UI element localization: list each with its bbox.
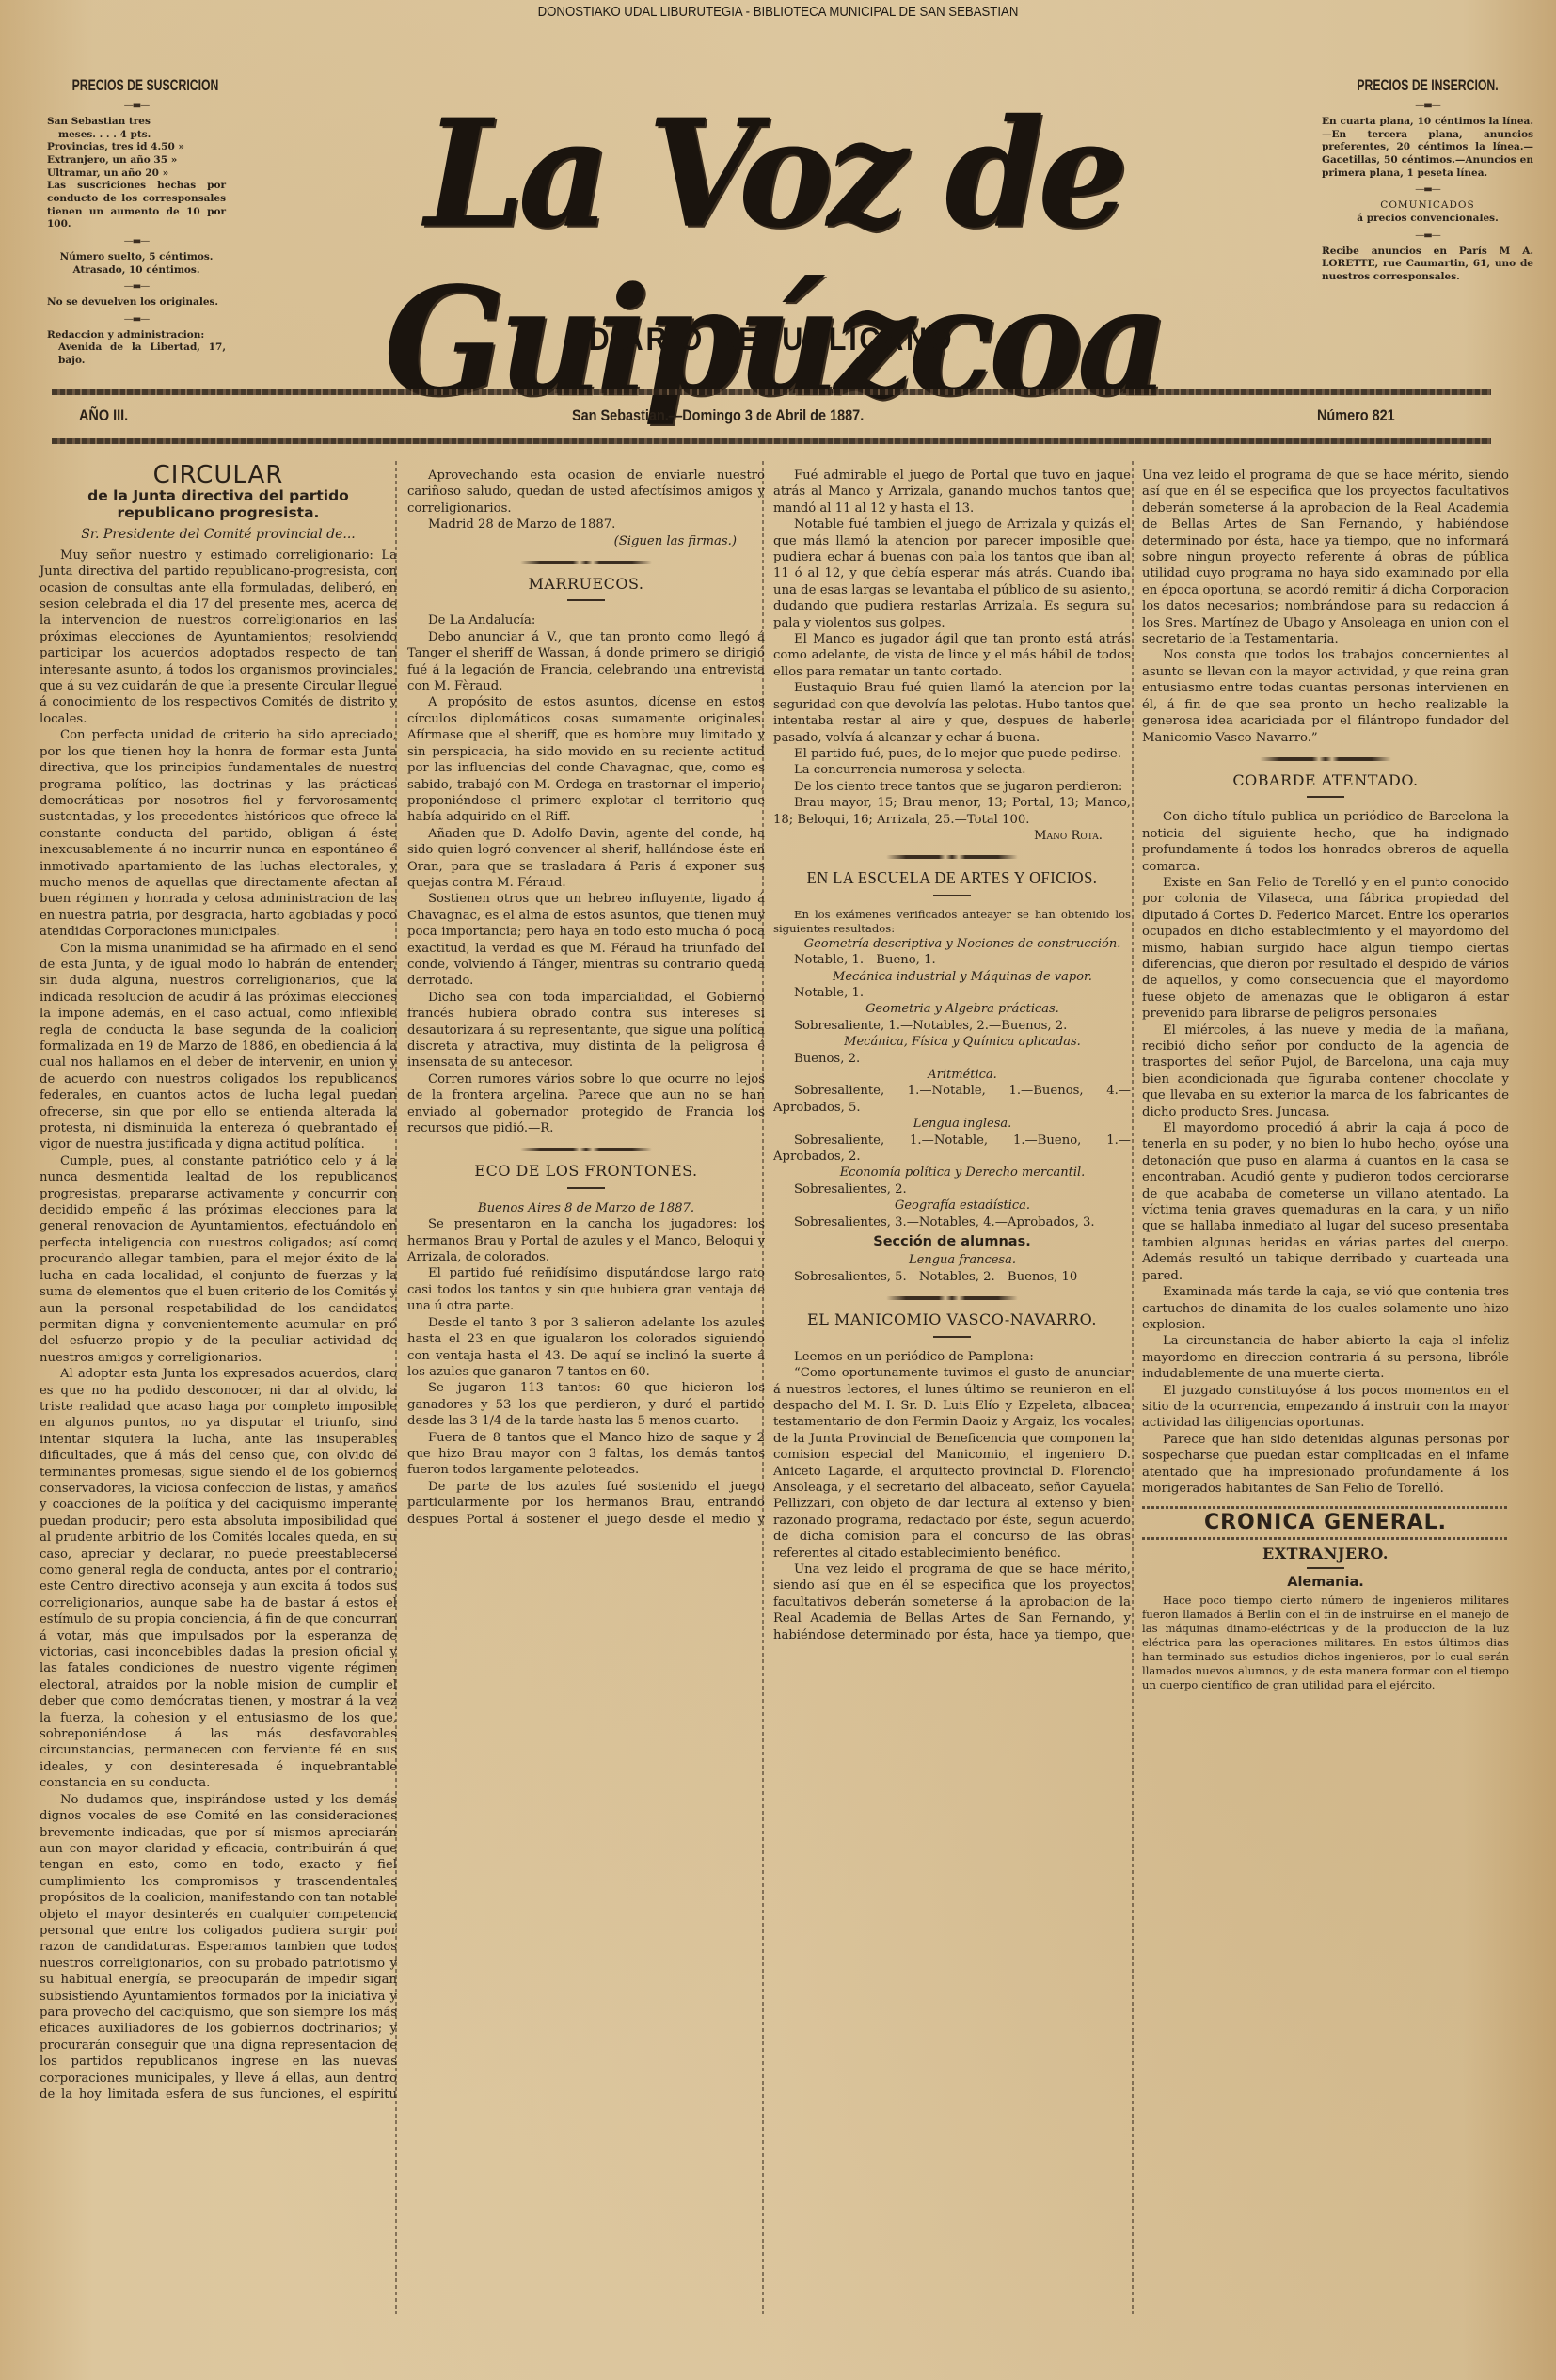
column-rule xyxy=(1132,461,1134,2314)
escuela-intro: En los exámenes verificados anteayer se … xyxy=(773,908,1131,936)
ornament-divider: —▬— xyxy=(47,235,226,247)
paragraph: Corren rumores vários sobre lo que ocurr… xyxy=(407,1071,765,1137)
paragraph: Cumple, pues, al constante patriótico ce… xyxy=(40,1153,397,1366)
extranjero-title: EXTRANJERO. xyxy=(1142,1546,1509,1562)
paragraph: El Manco es jugador ágil que tan pronto … xyxy=(773,631,1131,680)
paragraph: La concurrencia numerosa y selecta. xyxy=(773,762,1131,778)
ornament-divider: —▬— xyxy=(47,313,226,325)
paragraph: No dudamos que, inspirándose usted y los… xyxy=(40,1792,397,2102)
paragraph: Brau mayor, 15; Brau menor, 13; Portal, … xyxy=(773,795,1131,828)
signatures-note: (Siguen las firmas.) xyxy=(407,533,765,549)
frontones-dateline: Buenos Aires 8 de Marzo de 1887. xyxy=(407,1200,765,1216)
year-label: AÑO III. xyxy=(79,406,128,425)
paragraph: Con la misma unanimidad se ha afirmado e… xyxy=(40,941,397,1153)
comunicados-title: COMUNICADOS xyxy=(1322,199,1533,213)
exam-grades: Buenos, 2. xyxy=(773,1051,1131,1067)
section-rule xyxy=(1142,1537,1509,1540)
atentado-title: COBARDE ATENTADO. xyxy=(1142,772,1509,788)
paragraph: Se jugaron 113 tantos: 60 que hicieron l… xyxy=(407,1380,765,1429)
paragraph: Dicho sea con toda imparcialidad, el Gob… xyxy=(407,990,765,1071)
paragraph: De parte de los azules fué sostenido el … xyxy=(407,1479,765,1528)
paragraph: Debo anunciar á V., que tan pronto como … xyxy=(407,629,765,695)
subscription-prices-box: PRECIOS DE SUSCRICION —▬— San Sebastian … xyxy=(47,75,226,368)
exam-subject: Lengua inglesa. xyxy=(773,1116,1131,1132)
frontones-signature: Mano Rota. xyxy=(773,828,1131,844)
exam-grades: Sobresalientes, 2. xyxy=(773,1182,1131,1198)
column-3: Fué admirable el juego de Portal que tuv… xyxy=(773,468,1131,1644)
cronica-title: CRONICA GENERAL. xyxy=(1142,1515,1509,1531)
newspaper-subtitle: DIARIO REPUBLICANO xyxy=(551,322,992,358)
exam-grades: Sobresalientes, 3.—Notables, 4.—Aprobado… xyxy=(773,1214,1131,1230)
column-1: CIRCULAR de la Junta directiva del parti… xyxy=(40,468,397,2102)
title-dash xyxy=(567,599,605,601)
subscription-prices-title: PRECIOS DE SUSCRICION xyxy=(72,75,201,96)
paragraph: “Como oportunamente tuvimos el gusto de … xyxy=(773,1365,1131,1562)
paragraph: Existe en San Felio de Torelló y en el p… xyxy=(1142,875,1509,1023)
insertion-prices-title: PRECIOS DE INSERCION. xyxy=(1352,75,1504,96)
title-dash xyxy=(1307,1567,1344,1569)
paragraph: Añaden que D. Adolfo Davin, agente del c… xyxy=(407,826,765,892)
ornament-divider: —▬— xyxy=(1322,230,1533,242)
paragraph: Parece que han sido detenidas algunas pe… xyxy=(1142,1432,1509,1498)
exam-grades: Sobresaliente, 1.—Notables, 2.—Buenos, 2… xyxy=(773,1018,1131,1034)
paragraph: Leemos en un periódico de Pamplona: xyxy=(773,1349,1131,1365)
section-flourish xyxy=(520,1148,652,1151)
price-line: San Sebastian tres xyxy=(47,116,226,129)
back-issue-price: Atrasado, 10 céntimos. xyxy=(47,264,226,278)
exam-grades: Sobresaliente, 1.—Notable, 1.—Bueno, 1.—… xyxy=(773,1133,1131,1166)
price-line: Extranjero, un año 35 » xyxy=(47,154,226,167)
section-flourish xyxy=(886,855,1018,859)
issue-number: Número 821 xyxy=(1317,406,1395,425)
archive-header: DONOSTIAKO UDAL LIBURUTEGIA - BIBLIOTECA… xyxy=(93,4,1463,20)
paragraph: Con perfecta unidad de criterio ha sido … xyxy=(40,727,397,940)
exam-subject: Aritmética. xyxy=(773,1067,1131,1083)
exam-grades: Notable, 1.—Bueno, 1. xyxy=(773,952,1131,968)
exam-grades: Notable, 1. xyxy=(773,985,1131,1001)
paragraph: La circunstancia de haber abierto la caj… xyxy=(1142,1333,1509,1382)
section-flourish xyxy=(520,561,652,564)
paragraph: Notable fué tambien el juego de Arrizala… xyxy=(773,516,1131,631)
column-2: Aprovechando esta ocasion de enviarle nu… xyxy=(407,468,765,1528)
place-date: Madrid 28 de Marzo de 1887. xyxy=(407,516,765,532)
exam-subject: Geometría descriptiva y Nociones de cons… xyxy=(773,936,1131,952)
no-return-notice: No se devuelven los originales. xyxy=(47,296,226,309)
title-dash xyxy=(567,1187,605,1189)
exam-subject: Geometria y Algebra prácticas. xyxy=(773,1001,1131,1017)
paragraph: El miércoles, á las nueve y media de la … xyxy=(1142,1023,1509,1120)
frontones-title: ECO DE LOS FRONTONES. xyxy=(407,1163,765,1179)
insertion-rates: En cuarta plana, 10 céntimos la línea.—E… xyxy=(1322,116,1533,180)
issue-date: San Sebastian.—Domingo 3 de Abril de 188… xyxy=(572,406,864,425)
masthead-rule-top xyxy=(52,389,1491,395)
section-flourish xyxy=(886,1296,1018,1300)
exam-grades: Sobresalientes, 5.—Notables, 2.—Buenos, … xyxy=(773,1269,1131,1285)
paragraph: A propósito de estos asuntos, dícense en… xyxy=(407,694,765,825)
paragraph: Se presentaron en la cancha los jugadore… xyxy=(407,1216,765,1265)
female-section-title: Sección de alumnas. xyxy=(773,1234,1131,1250)
paragraph: El juzgado constituyóse á los pocos mome… xyxy=(1142,1383,1509,1432)
exam-subject: Economía política y Derecho mercantil. xyxy=(773,1165,1131,1181)
masthead: PRECIOS DE SUSCRICION —▬— San Sebastian … xyxy=(0,56,1556,395)
marruecos-title: MARRUECOS. xyxy=(407,576,765,592)
exam-subject: Lengua francesa. xyxy=(773,1252,1131,1268)
escuela-title: EN LA ESCUELA DE ARTES Y OFICIOS. xyxy=(787,870,1117,886)
ornament-divider: —▬— xyxy=(47,280,226,293)
exam-subject: Mecánica industrial y Máquinas de vapor. xyxy=(773,969,1131,985)
price-line: meses. . . . 4 pts. xyxy=(47,129,226,142)
office-label: Redaccion y administracion: xyxy=(47,329,226,342)
ornament-divider: —▬— xyxy=(47,100,226,112)
ornament-divider: —▬— xyxy=(1322,100,1533,112)
paragraph: Sostienen otros que un hebreo influyente… xyxy=(407,891,765,989)
title-dash xyxy=(1307,796,1344,798)
exam-grades: Sobresaliente, 1.—Notable, 1.—Buenos, 4.… xyxy=(773,1083,1131,1116)
newspaper-logo: La Voz de Guipúzcoa xyxy=(252,90,1296,259)
paragraph: Aprovechando esta ocasion de enviarle nu… xyxy=(407,468,765,516)
office-address: Avenida de la Libertad, 17, bajo. xyxy=(47,341,226,367)
paragraph: Fuera de 8 tantos que el Manco hizo de s… xyxy=(407,1430,765,1479)
paragraph: El partido fué reñidísimo disputándose l… xyxy=(407,1265,765,1314)
paragraph: Nos consta que todos los trabajos concer… xyxy=(1142,647,1509,745)
masthead-rule-bottom xyxy=(52,438,1491,444)
title-dash xyxy=(933,1336,971,1338)
price-line: Ultramar, un año 20 » xyxy=(47,167,226,181)
column-4: Una vez leido el programa de que se hace… xyxy=(1142,468,1509,1692)
paragraph: Muy señor nuestro y estimado correligion… xyxy=(40,547,397,727)
paragraph: Desde el tanto 3 por 3 salieron adelante… xyxy=(407,1315,765,1381)
paragraph: De los ciento trece tantos que se jugaro… xyxy=(773,779,1131,795)
paragraph: Al adoptar esta Junta los expresados acu… xyxy=(40,1366,397,1792)
country-heading: Alemania. xyxy=(1142,1575,1509,1591)
dateline: AÑO III. San Sebastian.—Domingo 3 de Abr… xyxy=(0,406,1556,429)
ornament-divider: —▬— xyxy=(1322,183,1533,196)
price-note: Las suscriciones hechas por conducto de … xyxy=(47,180,226,231)
paragraph: Eustaquio Brau fué quien llamó la atenci… xyxy=(773,680,1131,746)
paragraph: Una vez leido el programa de que se hace… xyxy=(1142,468,1509,647)
circular-subtitle: de la Junta directiva del partido republ… xyxy=(40,487,397,521)
single-issue-price: Número suelto, 5 céntimos. xyxy=(47,251,226,264)
comunicados-text: á precios convencionales. xyxy=(1322,213,1533,226)
section-flourish xyxy=(1260,757,1391,761)
price-line: Provincias, tres id 4.50 » xyxy=(47,141,226,154)
manicomio-title: EL MANICOMIO VASCO-NAVARRO. xyxy=(773,1311,1131,1327)
paragraph: El partido fué, pues, de lo mejor que pu… xyxy=(773,746,1131,762)
insertion-prices-box: PRECIOS DE INSERCION. —▬— En cuarta plan… xyxy=(1322,75,1533,284)
paragraph: Fué admirable el juego de Portal que tuv… xyxy=(773,468,1131,516)
circular-salutation: Sr. Presidente del Comité provincial de.… xyxy=(40,527,397,543)
paragraph: Examinada más tarde la caja, se vió que … xyxy=(1142,1284,1509,1333)
paris-agent: Recibe anuncios en París M A. LORETTE, r… xyxy=(1322,246,1533,284)
paragraph: El mayordomo procedió á abrir la caja á … xyxy=(1142,1120,1509,1284)
section-rule xyxy=(1142,1506,1509,1509)
paragraph: Con dicho título publica un periódico de… xyxy=(1142,809,1509,875)
marruecos-source: De La Andalucía: xyxy=(407,612,765,628)
circular-title: CIRCULAR xyxy=(40,468,397,484)
paragraph: Una vez leido el programa de que se hace… xyxy=(773,1562,1131,1644)
exam-subject: Mecánica, Física y Química aplicadas. xyxy=(773,1034,1131,1050)
title-dash xyxy=(933,895,971,896)
exam-subject: Geografía estadística. xyxy=(773,1198,1131,1214)
paragraph: Hace poco tiempo cierto número de ingeni… xyxy=(1142,1594,1509,1692)
